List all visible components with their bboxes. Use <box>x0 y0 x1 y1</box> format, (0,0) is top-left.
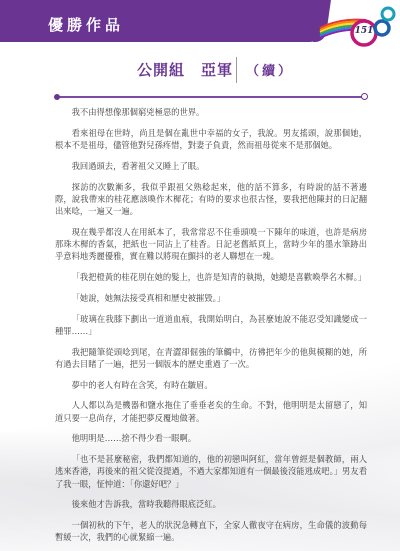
paragraph: 夢中的老人有時在含笑，有時在皺眉。 <box>55 379 367 391</box>
paragraph: 看來祖母在世時，尚且是個在亂世中幸福的女子，我說。男友搖頭，說那個她，根本不是祖… <box>55 127 367 151</box>
paragraph: 「她說，她無法接受真相和歷史被摧毀。」 <box>55 292 367 304</box>
paragraph: 「玻璃在我膝下劃出一道道血痕，我開始明白，為甚麼她說不能忍受知識變成一種罪……」 <box>55 313 367 337</box>
page-number: 151 <box>352 26 376 36</box>
paragraph: 他明明是……捨不得少看一眼啊。 <box>55 432 367 444</box>
rule-dot-left <box>54 94 60 100</box>
paragraph: 探訪的次數漸多，我似乎跟祖父熟稔起來，他的話不算多，有時說的話不著邊際，說我帶來… <box>55 181 367 218</box>
paragraph: 一個初秋的下午，老人的狀況急轉直下，全家人徹夜守在病房，生命儀的波動每暫緩一次，… <box>55 519 367 543</box>
heading-rule <box>57 96 365 98</box>
header-band: 優勝作品 <box>0 0 324 42</box>
article-heading: 公開組 亞軍 （續） <box>0 57 400 87</box>
rule-dot-right <box>361 93 368 100</box>
paragraph: 後來他才告訴我，當時我聽得眼底泛紅。 <box>55 498 367 510</box>
continued-label: （續） <box>246 60 294 79</box>
paragraph: 我把隨筆從頭唸到尾，在青澀卻倔強的筆觸中，彷彿把年少的他與模糊的她，所有過去目睹… <box>55 346 367 370</box>
paragraph: 人人都以為是機器和鹽水拖住了垂垂老矣的生命。不對，他明明是太留戀了，知道只要一息… <box>55 399 367 423</box>
article-body: 我不由得想像那個窮兇極惡的世界。 看來祖母在世時，尚且是個在亂世中幸福的女子，我… <box>55 106 367 551</box>
category-heading: 公開組 亞軍 <box>137 59 233 80</box>
section-title: 優勝作品 <box>48 14 124 35</box>
paragraph: 我回過頭去，看著祖父又睡上了眼。 <box>55 160 367 172</box>
heading-divider <box>236 57 237 83</box>
paragraph: 我不由得想像那個窮兇極惡的世界。 <box>55 106 367 118</box>
paragraph: 「也不是甚麼秘密，我們都知道的，他的初戀叫阿紅，當年曾經是個教師，兩人逃來香港，… <box>55 453 367 490</box>
paragraph: 「我把橙黃的桂花別在她的髮上，也許是知青的執拗，她總是喜歡喚學名木樨。」 <box>55 271 367 283</box>
paragraph: 現在幾乎都沒人在用紙本了，我常常忍不住垂頭嗅一下陳年的味道，也許是病房那珠木樨的… <box>55 226 367 263</box>
